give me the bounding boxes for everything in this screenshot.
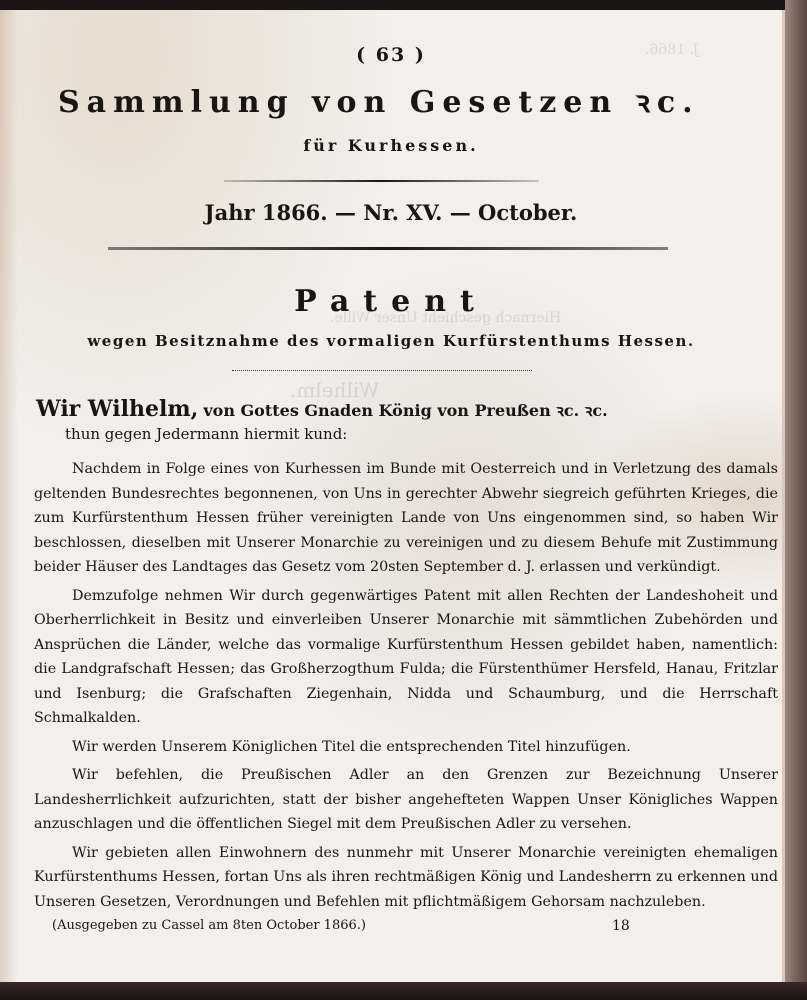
- issue-separator: —: [450, 200, 471, 225]
- ornamental-rule: [232, 370, 532, 373]
- divider-rule: [108, 247, 668, 250]
- paragraph: Nachdem in Folge eines von Kurhessen im …: [34, 457, 778, 580]
- paragraph: Wir befehlen, die Preußischen Adler an d…: [34, 763, 778, 837]
- issue-separator: —: [335, 200, 356, 225]
- collection-subtitle: für Kurhessen.: [0, 136, 782, 155]
- patent-heading: Patent: [0, 284, 782, 319]
- patent-subheading: wegen Besitznahme des vormaligen Kurfürs…: [0, 332, 782, 350]
- divider-rule: [224, 180, 539, 182]
- issue-date-note: (Ausgegeben zu Cassel am 8ten October 18…: [52, 918, 366, 933]
- page-number: ( 63 ): [0, 44, 782, 66]
- salutation-proclamation: thun gegen Jedermann hiermit kund:: [65, 425, 347, 443]
- document-page: J. 1866. Hiernach geschieht Unser Wille.…: [0, 10, 785, 982]
- issue-line: Jahr 1866. — Nr. XV. — October.: [0, 200, 782, 225]
- salutation: Wir Wilhelm, von Gottes Gnaden König von…: [36, 396, 608, 422]
- collection-title: Sammlung von Gesetzen ꝛc.: [58, 80, 698, 121]
- paragraph: Wir werden Unserem Königlichen Titel die…: [34, 735, 778, 760]
- salutation-title: von Gottes Gnaden König von Preußen ꝛc. …: [203, 401, 607, 420]
- issue-month: October.: [478, 200, 577, 225]
- issue-year: Jahr 1866.: [205, 200, 328, 225]
- salutation-name: Wir Wilhelm,: [36, 396, 198, 422]
- book-spine-edge: [785, 0, 807, 1000]
- issue-number: Nr. XV.: [363, 200, 442, 225]
- paragraph: Wir gebieten allen Einwohnern des nunmeh…: [34, 841, 778, 915]
- scan-bottom-edge: [0, 982, 807, 1000]
- paragraph: Demzufolge nehmen Wir durch gegenwärtige…: [34, 584, 778, 731]
- signature-mark: 18: [612, 918, 630, 934]
- patent-body: Nachdem in Folge eines von Kurhessen im …: [34, 457, 778, 918]
- scan-top-edge: [0, 0, 807, 10]
